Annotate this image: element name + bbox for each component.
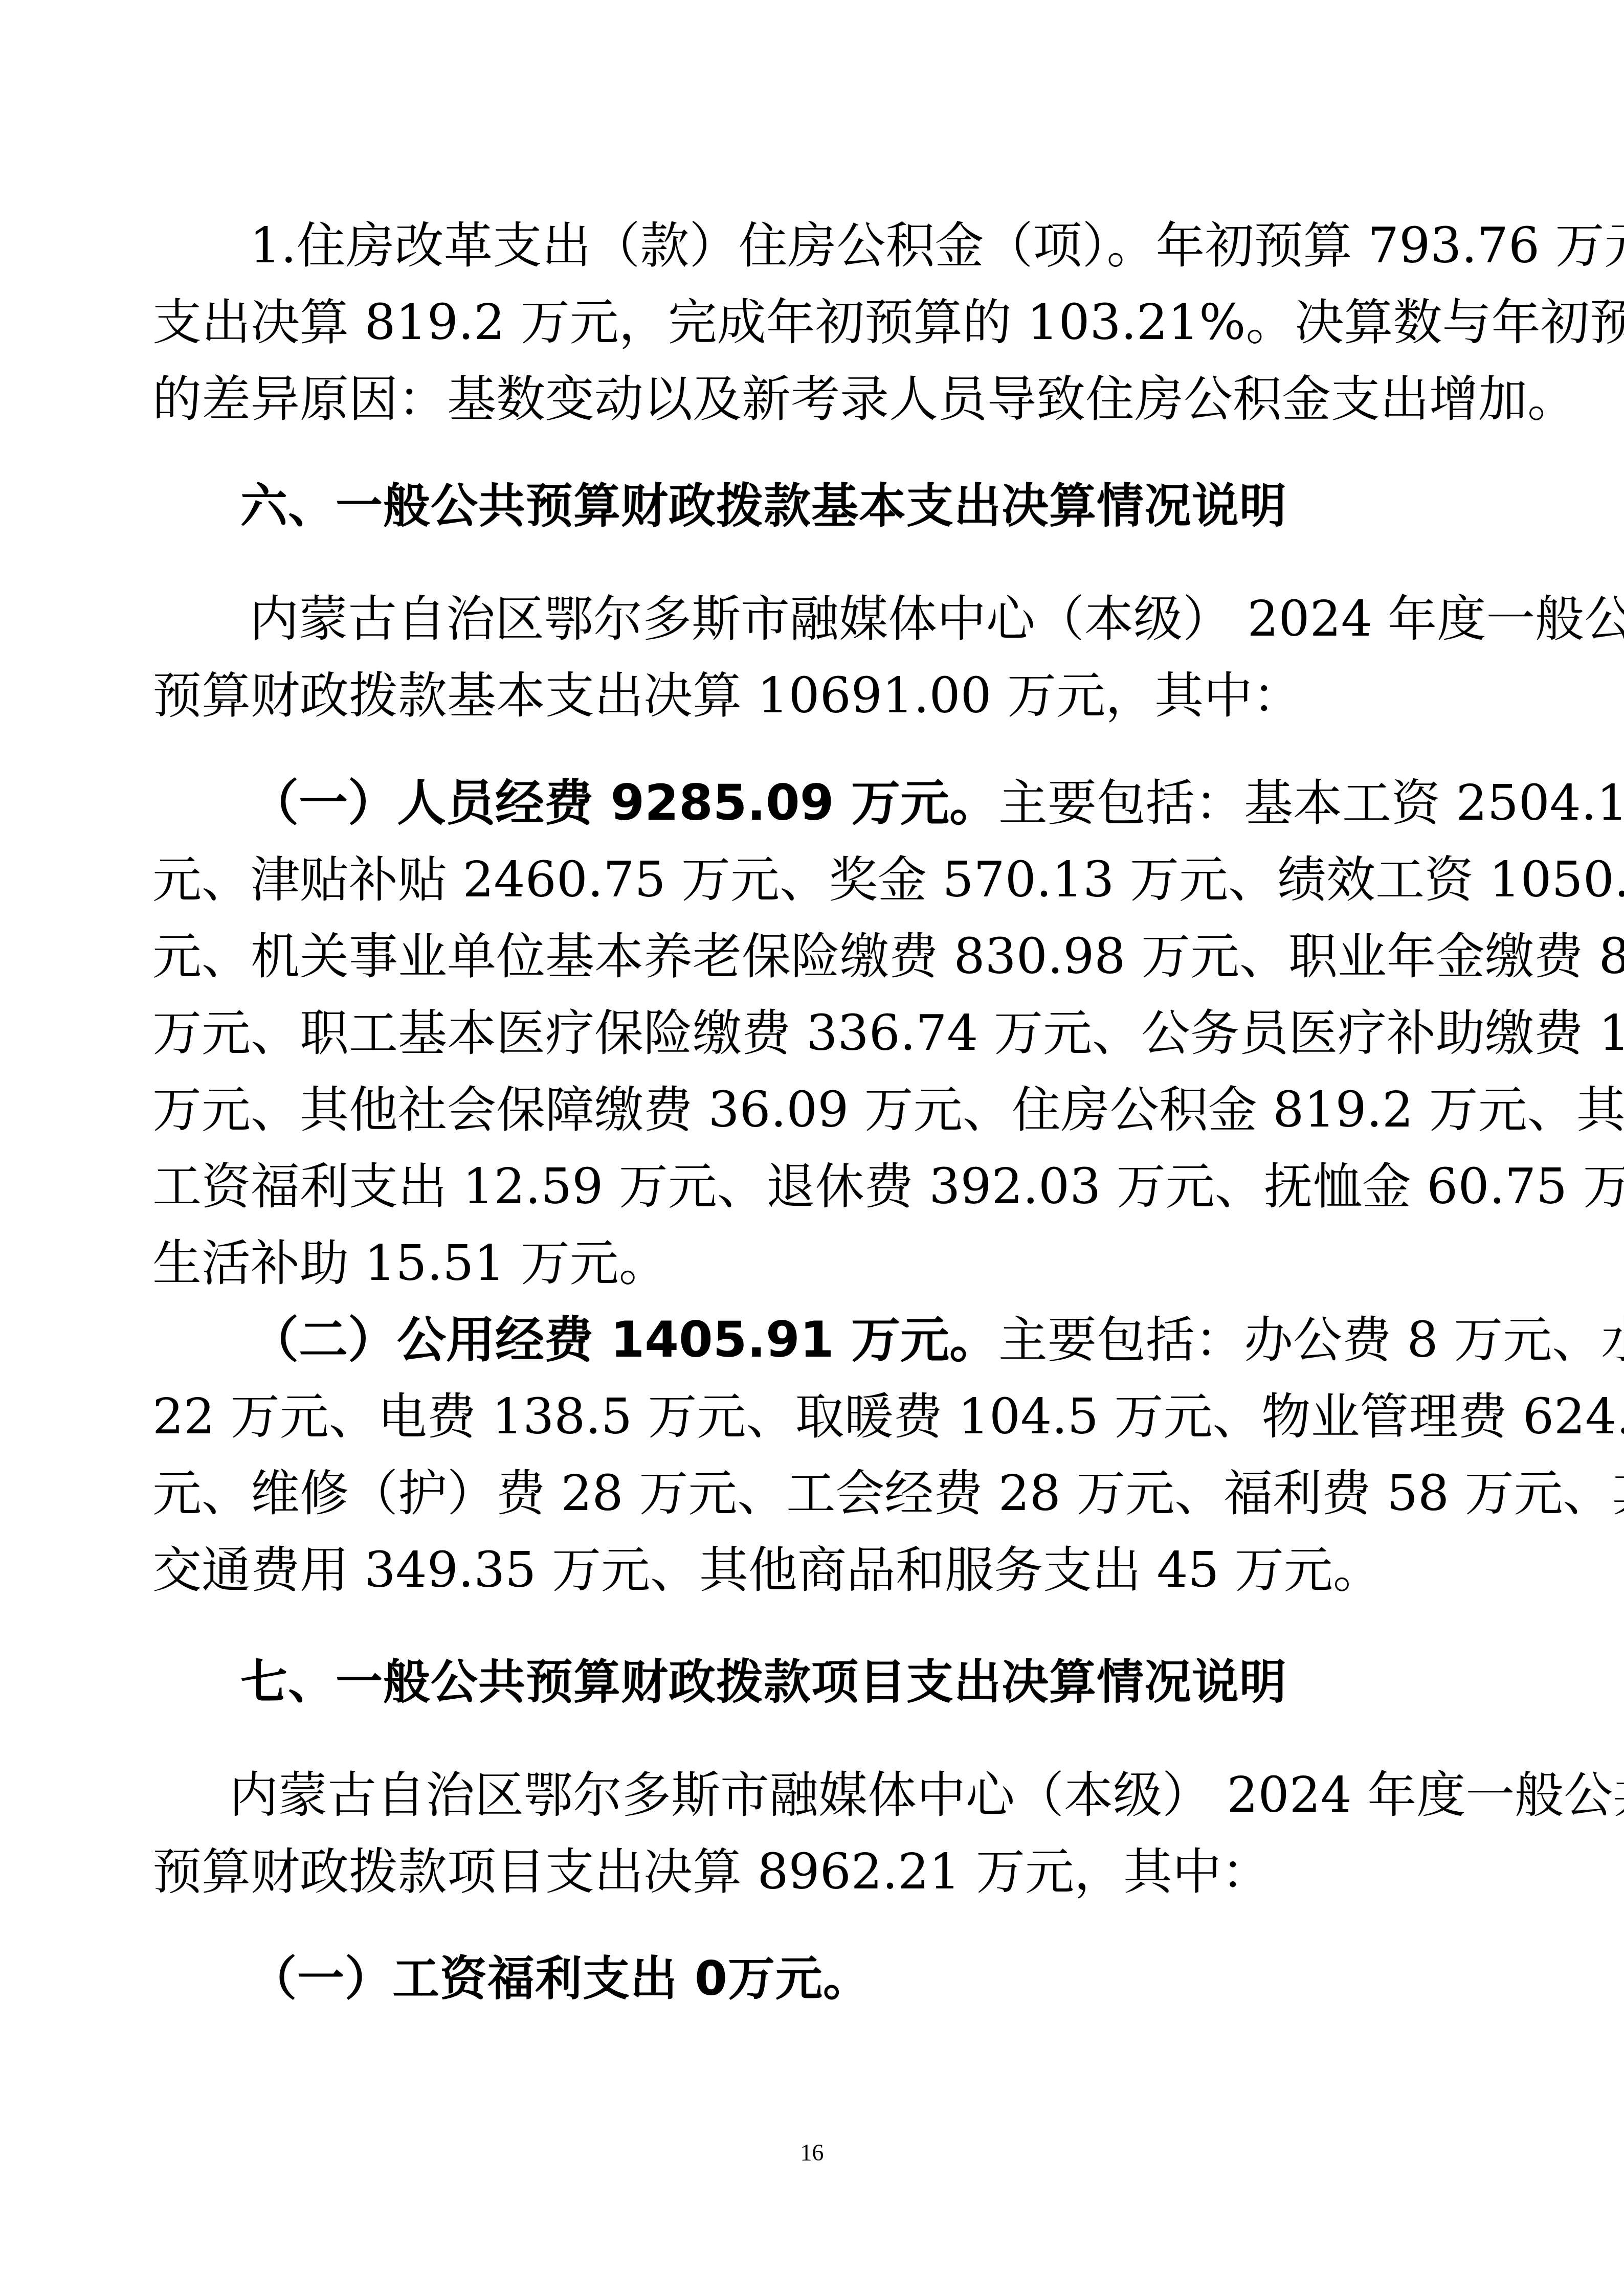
paragraph-line: （一）人员经费 9285.09 万元。主要包括：基本工资 2504.10 万	[152, 764, 1495, 841]
paragraph-line: 1.住房改革支出（款）住房公积金（项）。年初预算 793.76 万元，	[152, 207, 1495, 284]
section-heading: 七、一般公共预算财政拨款项目支出决算情况说明	[240, 1644, 1287, 1721]
paragraph-line: 支出决算 819.2 万元，完成年初预算的 103.21%。决算数与年初预算数	[152, 284, 1495, 361]
subheading: （一）工资福利支出 0万元。	[250, 1941, 871, 2017]
page-number: 16	[0, 2137, 1624, 2168]
paragraph-line: 工资福利支出 12.59 万元、退休费 392.03 万元、抚恤金 60.75 …	[152, 1148, 1495, 1225]
paragraph-line: 万元、职工基本医疗保险缴费 336.74 万元、公务员医疗补助缴费 115.65	[152, 995, 1495, 1071]
paragraph-text: 主要包括：基本工资 2504.10 万	[998, 774, 1624, 831]
document-page: 1.住房改革支出（款）住房公积金（项）。年初预算 793.76 万元， 支出决算…	[0, 0, 1624, 2296]
bold-lead: （一）人员经费 9285.09 万元。	[250, 774, 998, 831]
paragraph-line: （二）公用经费 1405.91 万元。主要包括：办公费 8 万元、水费	[152, 1301, 1495, 1378]
paragraph-line: 内蒙古自治区鄂尔多斯市融媒体中心（本级） 2024 年度一般公共	[152, 1757, 1495, 1833]
paragraph-line: 预算财政拨款项目支出决算 8962.21 万元，其中：	[152, 1833, 1495, 1910]
paragraph-line: 的差异原因：基数变动以及新考录人员导致住房公积金支出增加。	[152, 361, 1495, 437]
paragraph-line: 22 万元、电费 138.5 万元、取暖费 104.5 万元、物业管理费 624…	[152, 1378, 1495, 1455]
paragraph-line: 交通费用 349.35 万元、其他商品和服务支出 45 万元。	[152, 1532, 1495, 1608]
paragraph-line: 元、维修（护）费 28 万元、工会经费 28 万元、福利费 58 万元、其他	[152, 1455, 1495, 1532]
paragraph-line: 元、机关事业单位基本养老保险缴费 830.98 万元、职业年金缴费 80.03	[152, 918, 1495, 995]
bold-lead: （二）公用经费 1405.91 万元。	[250, 1311, 998, 1368]
paragraph-line: 预算财政拨款基本支出决算 10691.00 万元，其中：	[152, 657, 1495, 734]
paragraph-line: 内蒙古自治区鄂尔多斯市融媒体中心（本级） 2024 年度一般公共	[152, 580, 1495, 657]
section-heading: 六、一般公共预算财政拨款基本支出决算情况说明	[240, 468, 1287, 545]
paragraph-line: 万元、其他社会保障缴费 36.09 万元、住房公积金 819.2 万元、其他	[152, 1071, 1495, 1148]
paragraph-line: 元、津贴补贴 2460.75 万元、奖金 570.13 万元、绩效工资 1050…	[152, 841, 1495, 918]
paragraph-line: 生活补助 15.51 万元。	[152, 1225, 1495, 1301]
paragraph-text: 主要包括：办公费 8 万元、水费	[998, 1311, 1624, 1368]
